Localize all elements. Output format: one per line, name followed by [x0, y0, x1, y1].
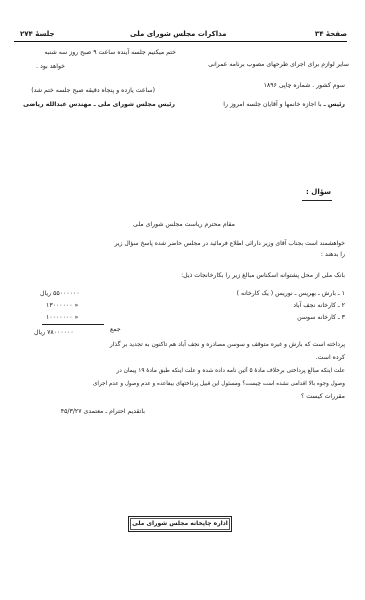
sum-underline: [42, 324, 104, 325]
closing-signature: باتقدیم احترام ـ معتمدی ۴۵/۳/۲۷: [61, 408, 145, 416]
speaker-text: با اجازه خانمها و آقایان جلسه امروز را: [223, 101, 321, 108]
page-number: صفحهٔ ۳۴: [315, 30, 347, 38]
item-1-label: ۱ ـ بارش ـ بهریس ـ نوریس ( یک کارخانه ): [237, 290, 345, 298]
item-2-amount: « ۱۳۰۰۰۰۰۰: [46, 302, 78, 310]
right-col-line-2: سوم کشور . شماره چاپی ۱۸۹۶: [264, 82, 345, 90]
stamp-inner-border: [130, 518, 230, 530]
left-col-line-2: خواهد بود .: [36, 63, 65, 71]
header-divider: [14, 41, 347, 42]
total-amount: ۷۸۰۰۰۰۰۰ ریال: [34, 329, 74, 337]
total-label: جمع: [110, 326, 121, 334]
para2-line-1: پرداخته است که بارش و غیره متوقف و سوسن …: [110, 341, 345, 349]
session-number: جلسهٔ ۲۷۴: [20, 30, 55, 38]
bank-intro: بانک ملی از محل پشتوانه اسکناس مبالغ زیر…: [181, 272, 345, 280]
left-col-line-1: ختم میکنیم جلسه آینده ساعت ۹ صبح روز سه …: [45, 49, 176, 57]
right-col-line-1: سایر لوازم برای اجرای طرحهای مصوب برنامه…: [208, 61, 349, 69]
document-page: صفحهٔ ۳۴ مذاکرات مجلس شورای ملی جلسهٔ ۲۷…: [0, 0, 365, 600]
para3-line-3: مقررات کیست ؟: [301, 393, 345, 401]
para3-line-1: علت اینکه مبالغ پرداختی برخلاف مادهٔ ۵ آ…: [116, 367, 345, 375]
print-house-stamp: اداره چاپخانه مجلس شورای ملی: [128, 516, 232, 532]
question-heading-underline: [302, 200, 332, 201]
left-col-line-3: (ساعت یازده و پنجاه دقیقه صبح جلسه ختم ش…: [31, 87, 155, 95]
item-2-label: ۲ ـ کارخانه نجف آباد: [293, 302, 345, 310]
para1-line-2: را بدهند :: [321, 251, 345, 259]
item-3-amount: « ۱۰۰۰۰۰۰۰: [46, 314, 78, 322]
publication-title: مذاکرات مجلس شورای ملی: [130, 30, 226, 38]
item-3-label: ۳ ـ کارخانه سوسن: [297, 314, 345, 322]
right-col-line-3: رئیس ـ با اجازه خانمها و آقایان جلسه امر…: [223, 101, 345, 109]
para3-line-2: وصول وجوه بالا اقدامی نشده است چیست؟ ومس…: [93, 380, 345, 388]
speaker-signature: رئیس مجلس شورای ملی ـ مهندس عبدالله ریاض…: [23, 101, 175, 109]
speaker-label: رئیس ـ: [324, 101, 345, 108]
para1-line-1: خواهشمند است بجناب آقای وزیر دارائی اطلا…: [115, 240, 345, 248]
para2-line-2: کرده است.: [316, 354, 345, 362]
salutation: مقام محترم ریاست مجلس شورای ملی: [133, 221, 235, 229]
item-1-amount: ۵۵۰۰۰۰۰۰ ریال: [40, 290, 80, 298]
question-heading: سؤال :: [306, 188, 331, 196]
